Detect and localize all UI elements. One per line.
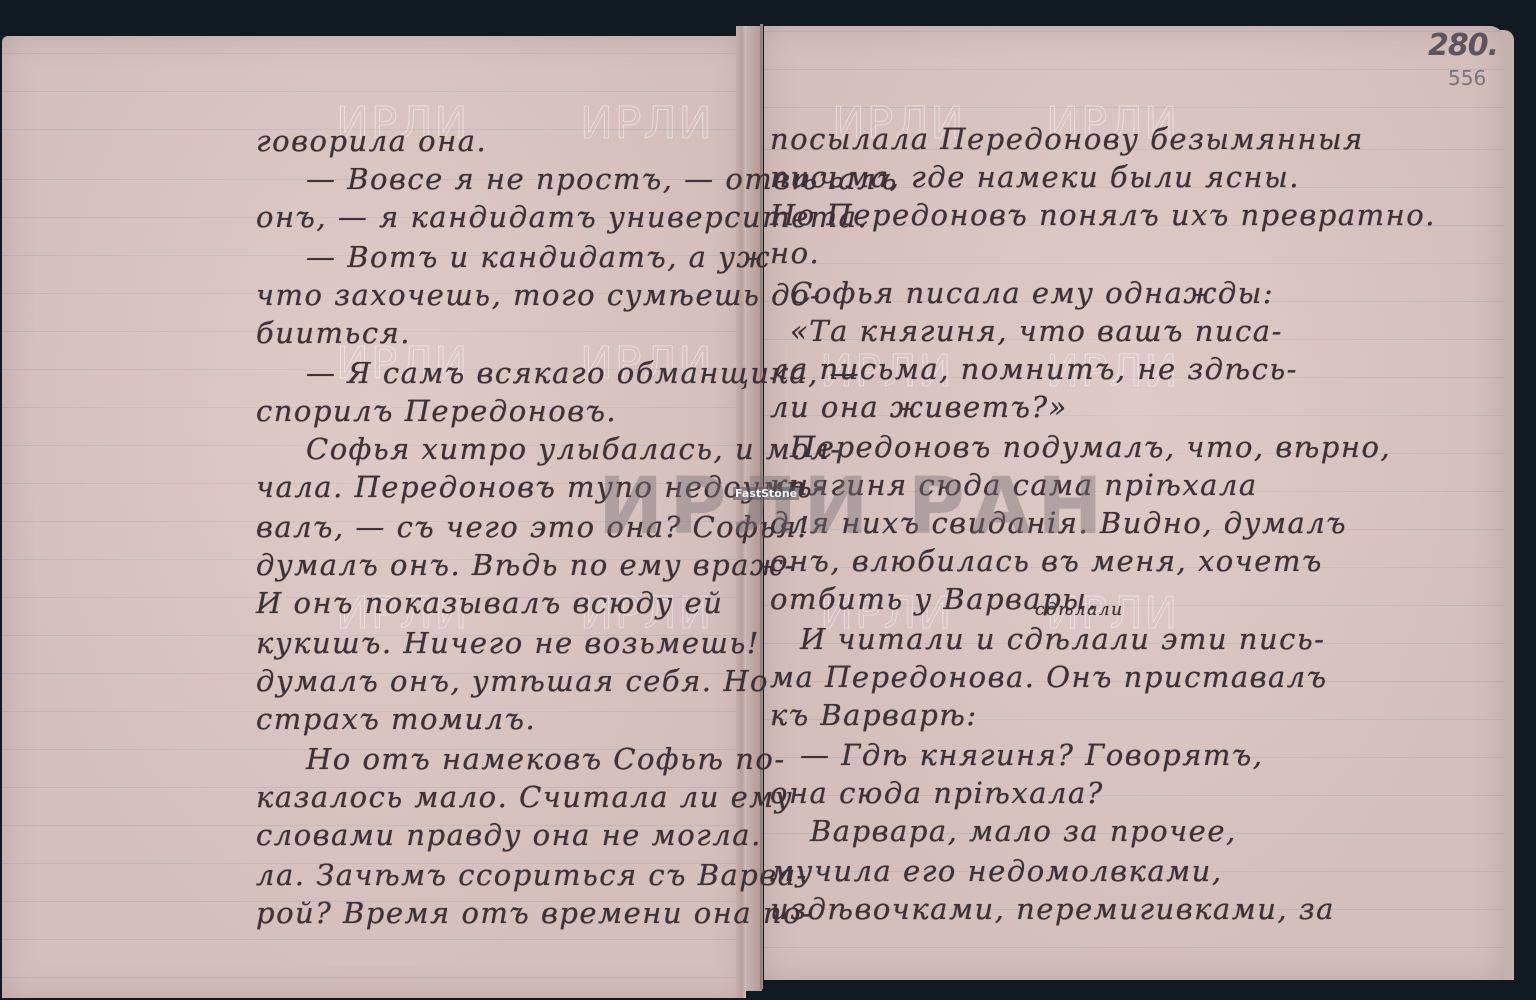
text-line: спорилъ Передоновъ. [256, 394, 617, 428]
text-line: Но Передоновъ понялъ ихъ превратно. [770, 198, 1436, 232]
text-line: она сюда пріѣхала? [770, 776, 1104, 810]
text-line: ла. Зачѣмъ ссориться съ Варва- [256, 858, 808, 892]
interlinear-insertion: сдѣлали [1035, 600, 1124, 620]
text-line: И читали и сдѣлали эти пись- [800, 622, 1325, 656]
text-line: кукишъ. Ничего не возьмешь! [256, 626, 760, 660]
text-line: рой? Время отъ времени она по- [256, 896, 813, 930]
folio-number: 280. [1428, 28, 1498, 63]
text-line: Но отъ намековъ Софьѣ по- [306, 742, 786, 776]
text-line: но. [770, 236, 820, 270]
text-line: что захочешь, того сумѣешь до- [256, 278, 821, 312]
text-line: онъ, влюбилась въ меня, хочетъ [770, 544, 1323, 578]
text-line: бииться. [256, 316, 411, 350]
text-line: — Вотъ и кандидатъ, а уж [306, 240, 771, 274]
text-line: «Та княгиня, что вашъ писа- [790, 314, 1283, 348]
text-line: И онъ показывалъ всюду ей [256, 586, 723, 620]
manuscript-spread: ИРЛИ ИРЛИ ИРЛИ ИРЛИ ИРЛИ ИРЛИ ИРЛИ ИРЛИ … [0, 0, 1536, 1000]
software-label: FastStone [733, 487, 799, 500]
text-line: говорила она. [256, 124, 487, 158]
text-line: письма, где намеки были ясны. [770, 160, 1300, 194]
text-line: страхъ томилъ. [256, 702, 536, 736]
text-line: валъ, — съ чего это она? Софья! [256, 510, 810, 544]
text-line: Передоновъ подумалъ, что, вѣрно, [790, 430, 1391, 464]
text-line: къ Варварѣ: [770, 698, 978, 732]
text-line: Софья хитро улыбалась, и мол- [306, 432, 842, 466]
text-line: думалъ онъ. Вѣдь по ему враж- [256, 548, 796, 582]
text-line: княгиня сюда сама пріѣхала [770, 468, 1258, 502]
text-line: Софья писала ему однажды: [790, 276, 1274, 310]
text-line: мучила его недомолвками, [770, 854, 1223, 888]
text-line: ла письма, помнитъ, не здѣсь- [770, 352, 1298, 386]
text-line: посылала Передонову безымянныя [770, 122, 1364, 156]
text-line: словами правду она не могла. [256, 818, 762, 852]
text-line: — Гдѣ княгиня? Говорятъ, [800, 738, 1263, 772]
text-line: издѣвочками, перемигивками, за [770, 892, 1335, 926]
text-line: Варвара, мало за прочее, [810, 814, 1237, 848]
text-line: ма Передонова. Онъ приставалъ [770, 660, 1328, 694]
text-line: ли она живетъ?» [770, 390, 1068, 424]
text-line: казалось мало. Считала ли ему [256, 780, 793, 814]
text-line: думалъ онъ, утѣшая себя. Но [256, 664, 769, 698]
folio-sub-number: 556 [1448, 66, 1486, 90]
text-line: для нихъ свиданія. Видно, думалъ [770, 506, 1347, 540]
